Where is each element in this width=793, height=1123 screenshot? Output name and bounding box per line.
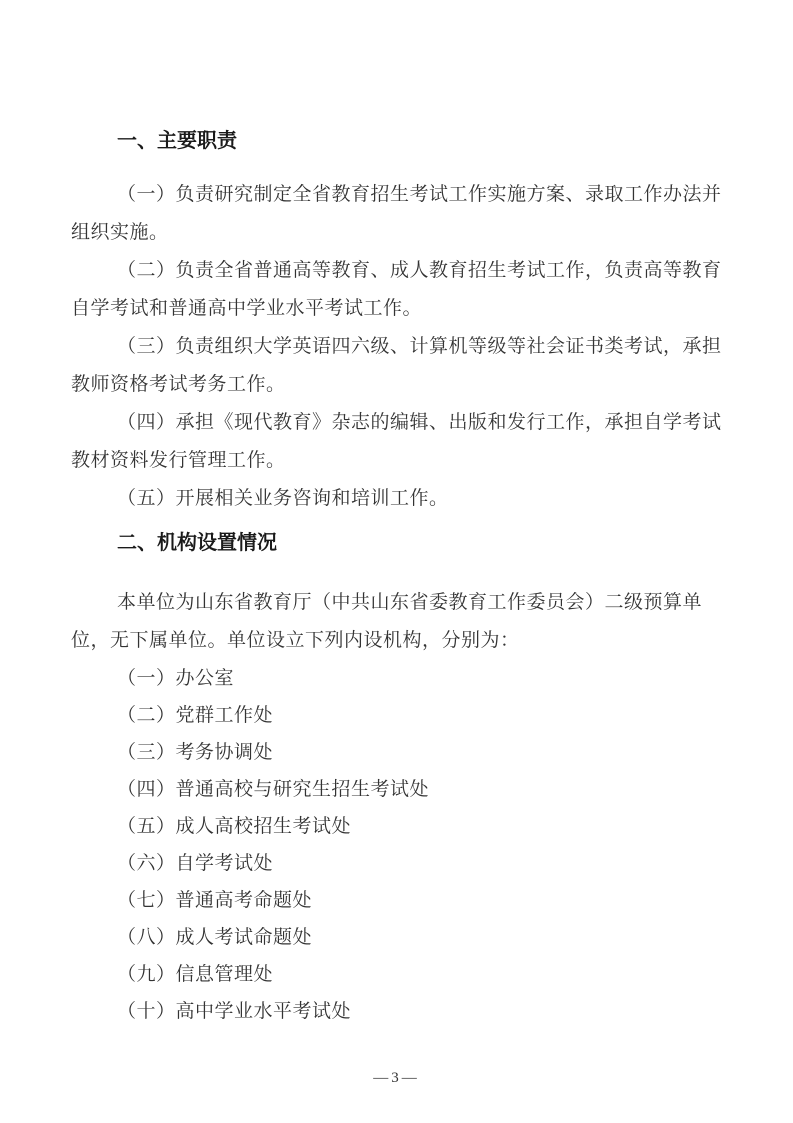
section-1-paragraph-4: （四）承担《现代教育》杂志的编辑、出版和发行工作，承担自学考试 教材资料发行管理…	[71, 404, 722, 480]
section-1-paragraph-2: （二）负责全省普通高等教育、成人教育招生考试工作，负责高等教育 自学考试和普通高…	[71, 252, 722, 328]
org-list-item-2: （二）党群工作处	[71, 697, 722, 734]
section-1-paragraph-5: （五）开展相关业务咨询和培训工作。	[71, 480, 722, 518]
document-page: 一、主要职责 （一）负责研究制定全省教育招生考试工作实施方案、录取工作办法并 组…	[0, 0, 793, 1123]
section-2-intro: 本单位为山东省教育厅（中共山东省委教育工作委员会）二级预算单 位，无下属单位。单…	[71, 584, 722, 660]
org-list-item-6: （六）自学考试处	[71, 845, 722, 882]
section-2-heading: 二、机构设置情况	[71, 528, 722, 558]
section-1-paragraph-1: （一）负责研究制定全省教育招生考试工作实施方案、录取工作办法并 组织实施。	[71, 176, 722, 252]
section-1-heading: 一、主要职责	[71, 126, 722, 156]
org-list-item-1: （一）办公室	[71, 660, 722, 697]
org-list-item-10: （十）高中学业水平考试处	[71, 993, 722, 1030]
page-footer: —3—	[0, 1069, 793, 1087]
org-list-item-7: （七）普通高考命题处	[71, 882, 722, 919]
org-list-item-3: （三）考务协调处	[71, 734, 722, 771]
org-list-item-5: （五）成人高校招生考试处	[71, 808, 722, 845]
org-list-item-4: （四）普通高校与研究生招生考试处	[71, 771, 722, 808]
org-list-item-9: （九）信息管理处	[71, 956, 722, 993]
document-content: 一、主要职责 （一）负责研究制定全省教育招生考试工作实施方案、录取工作办法并 组…	[0, 0, 793, 1030]
org-list-item-8: （八）成人考试命题处	[71, 919, 722, 956]
section-1-paragraph-3: （三）负责组织大学英语四六级、计算机等级等社会证书类考试，承担 教师资格考试考务…	[71, 328, 722, 404]
page-number: —3—	[373, 1070, 420, 1086]
